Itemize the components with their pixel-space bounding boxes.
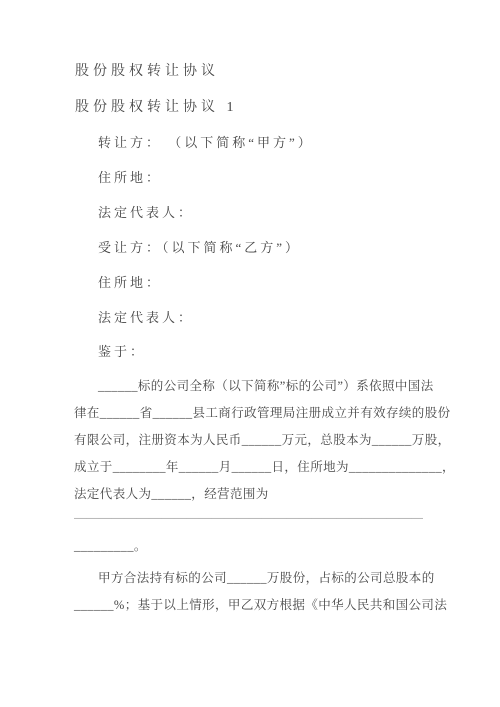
para1-line5: 法定代表人为______，经营范围为: [74, 488, 269, 502]
doc-subtitle: 股份股权转让协议 1: [75, 100, 238, 115]
para1-line4: 成立于________年______月______日，住所地为_________…: [74, 461, 455, 475]
fill-in-rule: ________________________________________…: [74, 507, 423, 521]
para1-line6: _________。: [74, 540, 147, 554]
doc-title: 股份股权转让协议: [75, 64, 219, 79]
transferor-label: 转让方： （以下简称“甲方”）: [98, 136, 314, 150]
para2-line2: ______%；基于以上情形，甲乙双方根据《中华人民共和国公司法: [74, 599, 447, 613]
document-page: 股份股权转让协议 股份股权转让协议 1 转让方： （以下简称“甲方”） 住所地：…: [0, 0, 500, 707]
transferee-label: 受让方：（以下简称“乙方”）: [98, 241, 301, 255]
transferee-representative: 法定代表人：: [98, 311, 194, 325]
transferor-representative: 法定代表人：: [98, 206, 194, 220]
transferee-address: 住所地：: [98, 276, 162, 290]
whereas-label: 鉴于：: [98, 345, 146, 359]
para1-line1: ______标的公司全称（以下简称”标的公司”）系依照中国法: [98, 380, 434, 394]
transferor-address: 住所地：: [98, 171, 162, 185]
para1-line3: 有限公司，注册资本为人民币______万元，总股本为______万股，: [74, 434, 451, 448]
para2-line1: 甲方合法持有标的公司______万股份，占标的公司总股本的: [98, 572, 435, 586]
para1-line2: 律在______省______县工商行政管理局注册成立并有效存续的股份: [74, 407, 451, 421]
